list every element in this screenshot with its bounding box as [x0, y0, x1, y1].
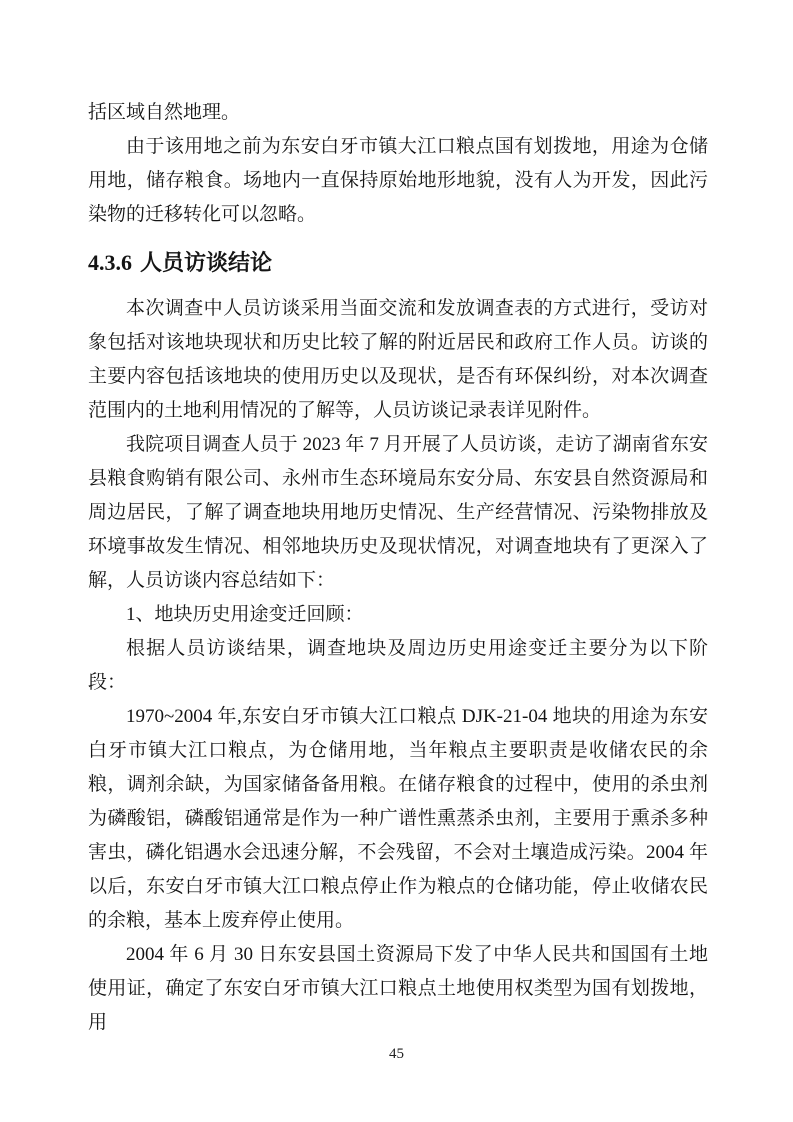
- document-page: 括区域自然地理。 由于该用地之前为东安白牙市镇大江口粮点国有划拨地，用途为仓储用…: [0, 0, 793, 1122]
- paragraph-stages-intro: 根据人员访谈结果，调查地块及周边历史用途变迁主要分为以下阶段：: [88, 632, 708, 700]
- section-number: 4.3.6: [88, 250, 132, 275]
- paragraph-land-certificate-2004: 2004 年 6 月 30 日东安县国土资源局下发了中华人民共和国国有土地使用证…: [88, 938, 708, 1040]
- paragraph-history-1970-2004: 1970~2004 年,东安白牙市镇大江口粮点 DJK-21-04 地块的用途为…: [88, 700, 708, 938]
- paragraph-continuation: 括区域自然地理。: [88, 96, 708, 130]
- paragraph-interview-visits: 我院项目调查人员于 2023 年 7 月开展了人员访谈，走访了湖南省东安县粮食购…: [88, 428, 708, 598]
- paragraph-list-item-1: 1、地块历史用途变迁回顾：: [88, 598, 708, 632]
- page-body-text: 括区域自然地理。 由于该用地之前为东安白牙市镇大江口粮点国有划拨地，用途为仓储用…: [88, 96, 708, 1040]
- section-heading-4-3-6: 4.3.6人员访谈结论: [88, 247, 708, 279]
- paragraph-interview-method: 本次调查中人员访谈采用当面交流和发放调查表的方式进行，受访对象包括对该地块现状和…: [88, 292, 708, 428]
- paragraph-land-history-intro: 由于该用地之前为东安白牙市镇大江口粮点国有划拨地，用途为仓储用地，储存粮食。场地…: [88, 130, 708, 232]
- section-title: 人员访谈结论: [140, 250, 272, 275]
- page-number: 45: [0, 1044, 793, 1064]
